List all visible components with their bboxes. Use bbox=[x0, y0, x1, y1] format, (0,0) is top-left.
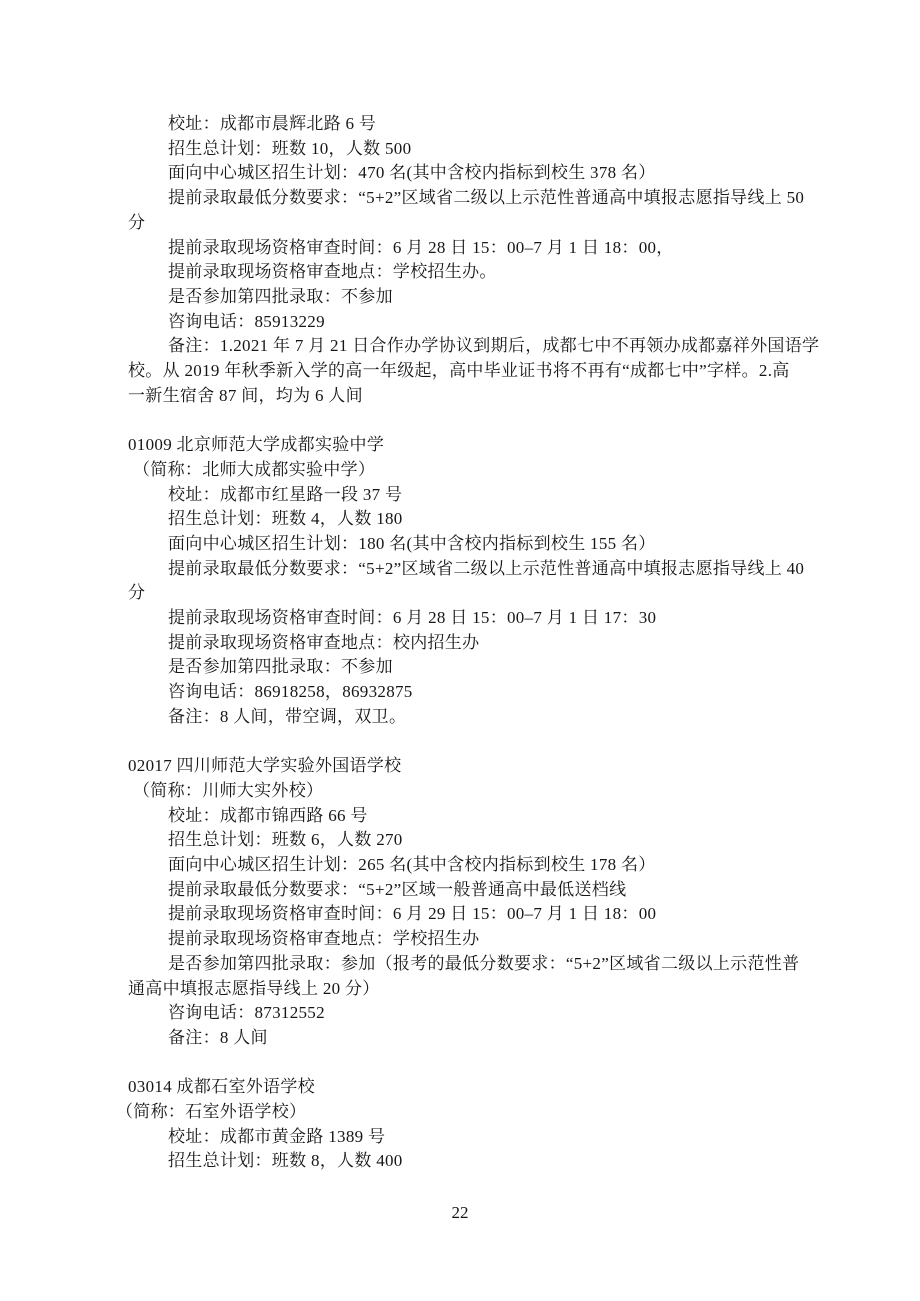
text-line: 备注：8 人间，带空调，双卫。 bbox=[128, 705, 828, 730]
text-line: 提前录取现场资格审查时间：6 月 29 日 15：00–7 月 1 日 18：0… bbox=[128, 902, 828, 927]
text-line: 是否参加第四批录取：不参加 bbox=[128, 655, 828, 680]
text-line: 提前录取最低分数要求：“5+2”区域一般普通高中最低送档线 bbox=[128, 878, 828, 903]
document-page: 校址：成都市晨辉北路 6 号招生总计划：班数 10，人数 500面向中心城区招生… bbox=[0, 0, 920, 1301]
text-line: 是否参加第四批录取：不参加 bbox=[128, 285, 828, 310]
text-line: 备注：1.2021 年 7 月 21 日合作办学协议到期后，成都七中不再领办成都… bbox=[128, 334, 828, 359]
document-body: 校址：成都市晨辉北路 6 号招生总计划：班数 10，人数 500面向中心城区招生… bbox=[128, 112, 828, 1174]
school-heading-line: 02017 四川师范大学实验外国语学校 bbox=[128, 754, 828, 779]
text-line: （简称：川师大实外校） bbox=[128, 779, 828, 804]
school-heading-line: 01009 北京师范大学成都实验中学 bbox=[128, 433, 828, 458]
text-line: 提前录取最低分数要求：“5+2”区域省二级以上示范性普通高中填报志愿指导线上 4… bbox=[128, 557, 828, 582]
text-line: 招生总计划：班数 6，人数 270 bbox=[128, 828, 828, 853]
text-line: 校址：成都市晨辉北路 6 号 bbox=[128, 112, 828, 137]
text-line: 备注：8 人间 bbox=[128, 1026, 828, 1051]
text-line: 提前录取现场资格审查时间：6 月 28 日 15：00–7 月 1 日 18：0… bbox=[128, 236, 828, 261]
text-line: 通高中填报志愿指导线上 20 分） bbox=[128, 977, 828, 1002]
text-line: 是否参加第四批录取：参加（报考的最低分数要求：“5+2”区域省二级以上示范性普 bbox=[128, 952, 828, 977]
text-line: 分 bbox=[128, 581, 828, 606]
text-line: （简称：石室外语学校） bbox=[116, 1100, 828, 1125]
text-line: 校址：成都市锦西路 66 号 bbox=[128, 804, 828, 829]
text-line: 咨询电话：85913229 bbox=[128, 310, 828, 335]
text-line: 招生总计划：班数 8，人数 400 bbox=[128, 1149, 828, 1174]
blank-line bbox=[128, 408, 828, 433]
blank-line bbox=[128, 1051, 828, 1076]
text-line: 提前录取现场资格审查时间：6 月 28 日 15：00–7 月 1 日 17：3… bbox=[128, 606, 828, 631]
text-line: 分 bbox=[128, 211, 828, 236]
text-line: 招生总计划：班数 10，人数 500 bbox=[128, 137, 828, 162]
text-line: 面向中心城区招生计划：470 名(其中含校内指标到校生 378 名） bbox=[128, 161, 828, 186]
text-line: （简称：北师大成都实验中学） bbox=[128, 458, 828, 483]
page-number: 22 bbox=[0, 1201, 920, 1226]
text-line: 提前录取现场资格审查地点：校内招生办 bbox=[128, 631, 828, 656]
blank-line bbox=[128, 730, 828, 755]
text-line: 提前录取现场资格审查地点：学校招生办。 bbox=[128, 260, 828, 285]
text-line: 咨询电话：86918258，86932875 bbox=[128, 680, 828, 705]
text-line: 面向中心城区招生计划：265 名(其中含校内指标到校生 178 名） bbox=[128, 853, 828, 878]
text-line: 面向中心城区招生计划：180 名(其中含校内指标到校生 155 名） bbox=[128, 532, 828, 557]
text-line: 校址：成都市红星路一段 37 号 bbox=[128, 483, 828, 508]
text-line: 招生总计划：班数 4，人数 180 bbox=[128, 507, 828, 532]
text-line: 校。从 2019 年秋季新入学的高一年级起，高中毕业证书将不再有“成都七中”字样… bbox=[128, 359, 828, 384]
text-line: 一新生宿舍 87 间，均为 6 人间 bbox=[128, 384, 828, 409]
school-heading-line: 03014 成都石室外语学校 bbox=[128, 1075, 828, 1100]
text-line: 咨询电话：87312552 bbox=[128, 1001, 828, 1026]
text-line: 提前录取现场资格审查地点：学校招生办 bbox=[128, 927, 828, 952]
text-line: 提前录取最低分数要求：“5+2”区域省二级以上示范性普通高中填报志愿指导线上 5… bbox=[128, 186, 828, 211]
text-line: 校址：成都市黄金路 1389 号 bbox=[128, 1125, 828, 1150]
